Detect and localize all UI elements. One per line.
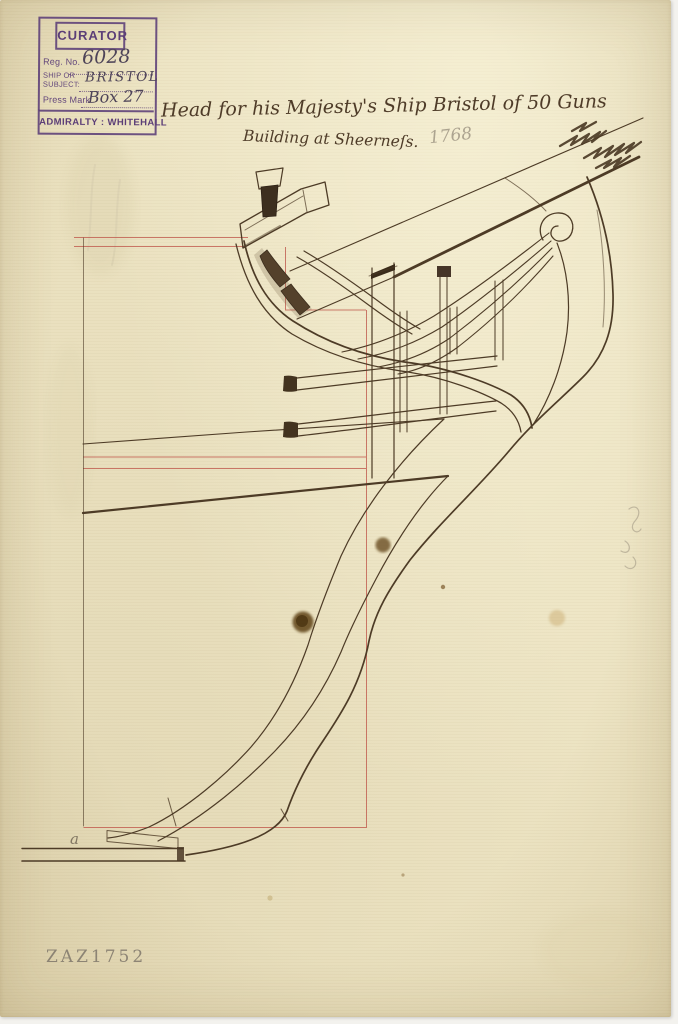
paper-smudges <box>48 135 660 988</box>
curator-stamp: CURATOR Reg. No. 6028 SHIP OR SUBJECT: B… <box>38 17 158 136</box>
deck-lines <box>83 419 448 513</box>
press-mark-dotted-line <box>81 107 153 109</box>
keel-annotation: a <box>70 830 79 848</box>
pencil-scribble <box>621 507 641 568</box>
cathead-assembly <box>240 168 329 318</box>
ship-head-drawing <box>0 0 678 1024</box>
subject-label-line2: SUBJECT: <box>43 80 80 89</box>
subject-value: BRISTOL <box>85 69 159 86</box>
subject-label-line1: SHIP OR <box>43 71 75 80</box>
catalogue-number: ZAZ1752 <box>46 947 146 967</box>
press-mark-value: Box 27 <box>88 86 144 107</box>
ink-stains <box>267 538 565 901</box>
red-construction-lines <box>74 238 367 829</box>
admiralty-whitehall-label: ADMIRALTY : WHITEHALL <box>37 110 153 136</box>
reg-no-label: Reg. No. <box>43 57 80 67</box>
keel-assembly <box>22 831 185 862</box>
press-mark-label: Press Mark <box>43 95 91 105</box>
reg-no-value: 6028 <box>82 45 131 68</box>
hull-and-stem-curves <box>108 177 613 855</box>
scanned-ship-plan-sheet: CURATOR Reg. No. 6028 SHIP OR SUBJECT: B… <box>0 0 678 1024</box>
